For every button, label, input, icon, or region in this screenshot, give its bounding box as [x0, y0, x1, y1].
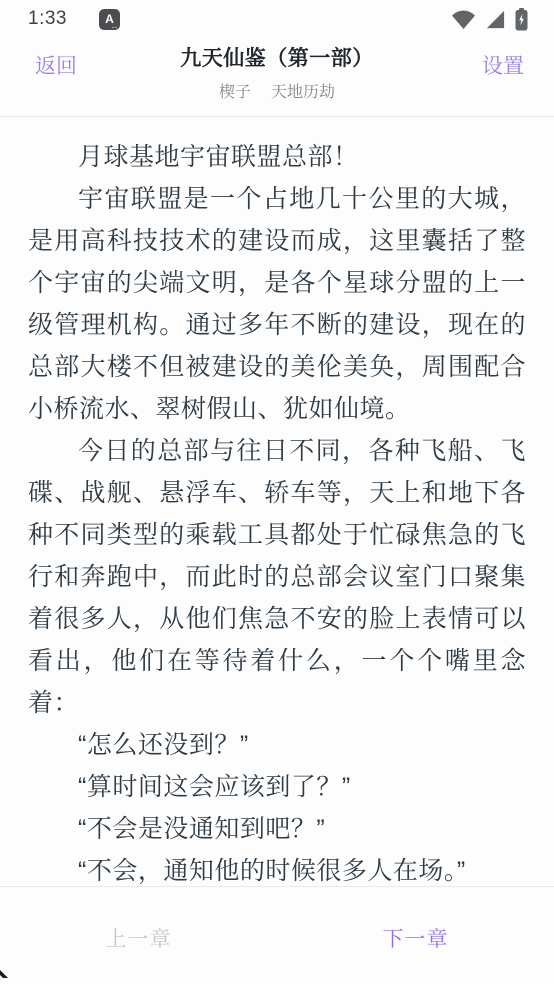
battery-charging-icon — [515, 8, 528, 31]
reader-header: 返回 九天仙鉴（第一部） 楔子 天地历劫 设置 — [0, 38, 554, 116]
status-bar: 1:33 A .. — [0, 0, 554, 38]
status-icons — [451, 8, 528, 31]
cellular-signal-icon — [485, 9, 506, 30]
paragraph: “不会，通知他的时候很多人在场。” — [28, 850, 526, 886]
book-title: 九天仙鉴（第一部） — [0, 42, 554, 72]
mouse-cursor — [0, 970, 10, 980]
paragraph: “怎么还没到？” — [28, 724, 526, 766]
chapter-content[interactable]: 月球基地宇宙联盟总部！宇宙联盟是一个占地几十公里的大城，是用高科技技术的建设而成… — [0, 117, 554, 886]
back-button[interactable]: 返回 — [35, 50, 77, 80]
chapter-part-label: 楔子 — [219, 79, 251, 102]
clock-label: 1:33 — [28, 8, 67, 30]
chapter-name-label: 天地历劫 — [271, 79, 335, 102]
wifi-icon — [451, 9, 476, 30]
settings-button[interactable]: 设置 — [482, 50, 524, 80]
paragraph: 月球基地宇宙联盟总部！ — [28, 136, 526, 178]
a-badge-icon: A .. — [99, 9, 120, 30]
paragraph: “不会是没通知到吧？” — [28, 808, 526, 850]
paragraph: 今日的总部与往日不同，各种飞船、飞碟、战舰、悬浮车、轿车等，天上和地下各种不同类… — [28, 430, 526, 724]
next-chapter-button[interactable]: 下一章 — [365, 913, 467, 963]
paragraph: 宇宙联盟是一个占地几十公里的大城，是用高科技技术的建设而成，这里囊括了整个宇宙的… — [28, 178, 526, 430]
paragraph: “算时间这会应该到了？” — [28, 766, 526, 808]
chapter-nav: 上一章 下一章 — [0, 887, 554, 984]
chapter-subtitle: 楔子 天地历劫 — [0, 79, 554, 102]
prev-chapter-button[interactable]: 上一章 — [88, 913, 190, 963]
